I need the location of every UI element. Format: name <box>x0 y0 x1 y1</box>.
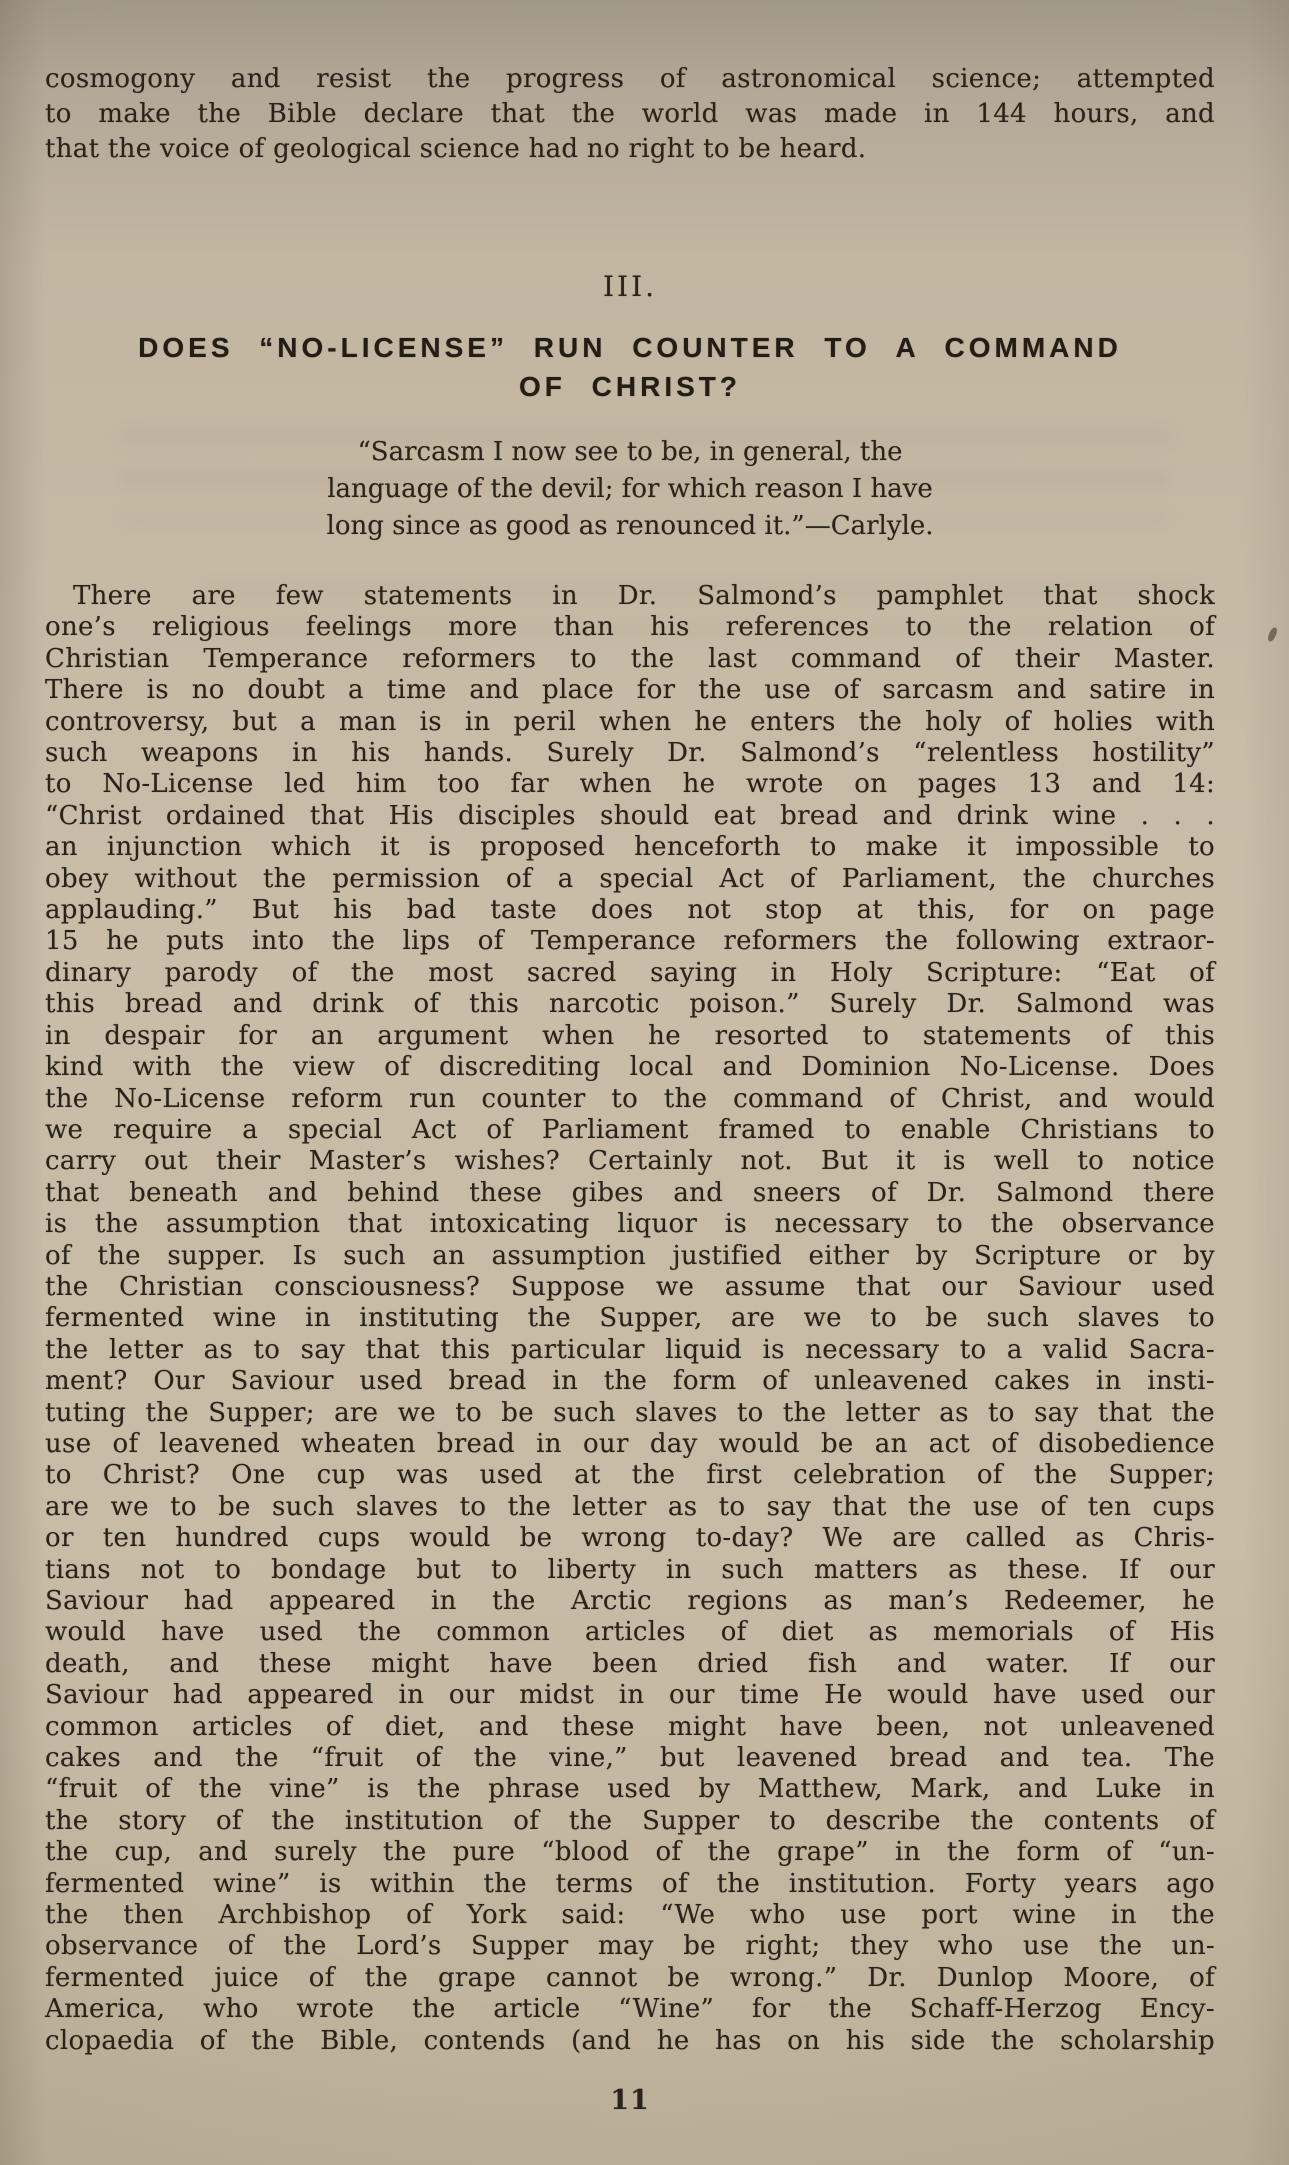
text-line: one’s religious feelings more than his r… <box>45 612 1215 643</box>
text-line: carry out their Master’s wishes? Certain… <box>45 1146 1215 1177</box>
text-line: 15 he puts into the lips of Temperance r… <box>45 926 1215 957</box>
text-line: “Christ ordained that His disciples shou… <box>45 801 1215 832</box>
text-line: an injunction which it is proposed hence… <box>45 832 1215 863</box>
text-line: “fruit of the vine” is the phrase used b… <box>45 1774 1215 1805</box>
text-line: to Christ? One cup was used at the first… <box>45 1460 1215 1491</box>
text-line: Saviour had appeared in our midst in our… <box>45 1680 1215 1711</box>
ink-speck <box>1267 626 1278 642</box>
text-line: the then Archbishop of York said: “We wh… <box>45 1900 1215 1931</box>
text-line: death, and these might have been dried f… <box>45 1649 1215 1680</box>
epigraph-line: language of the devil; for which reason … <box>45 471 1215 508</box>
text-line: is the assumption that intoxicating liqu… <box>45 1209 1215 1240</box>
text-line: such weapons in his hands. Surely Dr. Sa… <box>45 738 1215 769</box>
text-line: of the supper. Is such an assumption jus… <box>45 1241 1215 1272</box>
text-line: tuting the Supper; are we to be such sla… <box>45 1398 1215 1429</box>
text-line: clopaedia of the Bible, contends (and he… <box>45 2026 1215 2057</box>
page-number: 11 <box>45 2085 1215 2116</box>
intro-paragraph: cosmogony and resist the progress of ast… <box>45 0 1215 167</box>
text-line: There is no doubt a time and place for t… <box>45 675 1215 706</box>
section-numeral: III. <box>45 272 1215 302</box>
body-paragraph: There are few statements in Dr. Salmond’… <box>45 581 1215 2057</box>
text-line: Christian Temperance reformers to the la… <box>45 644 1215 675</box>
text-line: or ten hundred cups would be wrong to-da… <box>45 1523 1215 1554</box>
chapter-title: DOES “NO-LICENSE” RUN COUNTER TO A COMMA… <box>45 328 1215 406</box>
text-line: obey without the permission of a special… <box>45 864 1215 895</box>
scanned-book-page: cosmogony and resist the progress of ast… <box>0 0 1289 2165</box>
text-line: common articles of diet, and these might… <box>45 1712 1215 1743</box>
text-line: use of leavened wheaten bread in our day… <box>45 1429 1215 1460</box>
text-line: the cup, and surely the pure “blood of t… <box>45 1837 1215 1868</box>
chapter-title-line: DOES “NO-LICENSE” RUN COUNTER TO A COMMA… <box>45 328 1215 367</box>
text-line: dinary parody of the most sacred saying … <box>45 958 1215 989</box>
epigraph-line: long since as good as renounced it.”—Car… <box>45 508 1215 545</box>
text-line: ment? Our Saviour used bread in the form… <box>45 1366 1215 1397</box>
text-line: Saviour had appeared in the Arctic regio… <box>45 1586 1215 1617</box>
text-line: applauding.” But his bad taste does not … <box>45 895 1215 926</box>
text-line: the Christian consciousness? Suppose we … <box>45 1272 1215 1303</box>
epigraph-line: “Sarcasm I now see to be, in general, th… <box>45 434 1215 471</box>
text-line: There are few statements in Dr. Salmond’… <box>45 581 1215 612</box>
text-line: to make the Bible declare that the world… <box>45 97 1215 132</box>
text-line: that beneath and behind these gibes and … <box>45 1178 1215 1209</box>
text-line: in despair for an argument when he resor… <box>45 1021 1215 1052</box>
text-line: would have used the common articles of d… <box>45 1617 1215 1648</box>
text-line: we require a special Act of Parliament f… <box>45 1115 1215 1146</box>
text-line: fermented juice of the grape cannot be w… <box>45 1963 1215 1994</box>
text-line: the No-License reform run counter to the… <box>45 1084 1215 1115</box>
text-line: kind with the view of discrediting local… <box>45 1052 1215 1083</box>
text-line: the story of the institution of the Supp… <box>45 1806 1215 1837</box>
text-line: are we to be such slaves to the letter a… <box>45 1492 1215 1523</box>
text-column: cosmogony and resist the progress of ast… <box>45 0 1215 2116</box>
text-line: the letter as to say that this particula… <box>45 1335 1215 1366</box>
text-line: cosmogony and resist the progress of ast… <box>45 62 1215 97</box>
text-line: controversy, but a man is in peril when … <box>45 707 1215 738</box>
epigraph-quote: “Sarcasm I now see to be, in general, th… <box>45 434 1215 545</box>
text-line: that the voice of geological science had… <box>45 132 1215 167</box>
text-line: fermented wine in instituting the Supper… <box>45 1303 1215 1334</box>
text-line: cakes and the “fruit of the vine,” but l… <box>45 1743 1215 1774</box>
text-line: tians not to bondage but to liberty in s… <box>45 1555 1215 1586</box>
text-line: to No-License led him too far when he wr… <box>45 769 1215 800</box>
chapter-title-line: OF CHRIST? <box>45 367 1215 406</box>
text-line: this bread and drink of this narcotic po… <box>45 989 1215 1020</box>
text-line: America, who wrote the article “Wine” fo… <box>45 1994 1215 2025</box>
text-line: observance of the Lord’s Supper may be r… <box>45 1931 1215 1962</box>
text-line: fermented wine” is within the terms of t… <box>45 1869 1215 1900</box>
